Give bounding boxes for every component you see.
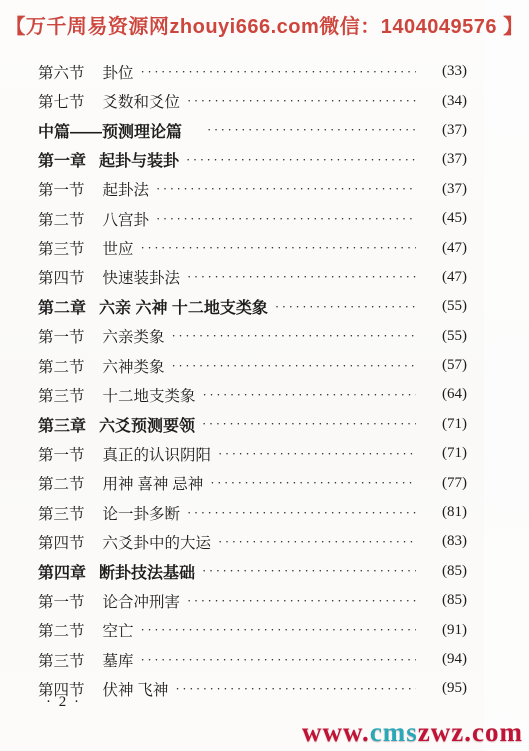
toc-entry: 第二节 空亡 ·································… (38, 615, 467, 644)
toc-entry: 第四节 六爻卦中的大运 ····························… (38, 527, 467, 556)
toc-entry: 第四章 断卦技法基础 ·····························… (38, 557, 467, 586)
toc-entry-page: (95) (421, 680, 467, 697)
toc-entry: 第三节 墓库 ·································… (38, 645, 467, 674)
dot-leader: ········································… (156, 181, 416, 197)
toc-entry-title: 空亡 (103, 619, 134, 641)
dot-leader: ········································… (275, 299, 416, 315)
page-number: · 2 · (46, 694, 81, 711)
toc-entry: 第七节 爻数和爻位 ······························… (38, 86, 467, 115)
toc-entry-page: (64) (421, 386, 467, 403)
dot-leader: ········································… (218, 446, 416, 462)
toc-entry-number: 第二节 (38, 355, 85, 377)
scanned-page: 【万千周易资源网zhouyi666.com微信：1404049576 】 第六节… (0, 0, 529, 751)
toc-entry-number: 第一节 (38, 590, 85, 612)
toc-entry-number: 第四节 (38, 531, 85, 553)
toc-entry-title: 六亲类象 (103, 325, 165, 347)
toc-entry-title: 断卦技法基础 (99, 560, 195, 583)
toc-entry-title: 用神 喜神 忌神 (103, 472, 204, 494)
toc-entry-page: (81) (421, 504, 467, 521)
toc-entry: 第二节 六神类象 ·······························… (38, 351, 467, 380)
toc-entry-page: (37) (421, 181, 467, 198)
toc-entry: 第三节 世应 ·································… (38, 233, 467, 262)
toc-entry: 第六节 卦位 ·································… (38, 57, 467, 86)
dot-leader: ········································… (141, 652, 416, 668)
toc-entry-number: 第六节 (38, 61, 85, 83)
toc-entry-page: (94) (421, 651, 467, 668)
dot-leader: ········································… (203, 387, 416, 403)
toc-entry-page: (37) (421, 151, 467, 168)
dot-leader: ········································… (210, 475, 416, 491)
toc-entry: 第三节 十二地支类象 ·····························… (38, 380, 467, 409)
toc-entry-page: (71) (421, 445, 467, 462)
dot-leader: ········································… (172, 328, 416, 344)
toc-entry-title: 六神类象 (103, 355, 165, 377)
toc-entry-number: 第三节 (38, 384, 85, 406)
toc-entry-page: (55) (421, 298, 467, 315)
toc-entry-number: 第三节 (38, 502, 85, 524)
dot-leader: ········································… (187, 93, 416, 109)
toc-entry-page: (91) (421, 622, 467, 639)
toc-entry-title: 爻数和爻位 (103, 90, 181, 112)
dot-leader: ········································… (141, 240, 416, 256)
toc-entry-number: 第一节 (38, 325, 85, 347)
toc-entry-page: (85) (421, 563, 467, 580)
toc-entry-title: 六亲 六神 十二地支类象 (99, 295, 268, 318)
toc-entry-title: 真正的认识阴阳 (103, 443, 212, 465)
toc-entry-title: 六爻预测要领 (99, 413, 195, 436)
dot-leader: ········································… (156, 211, 416, 227)
toc-entry-title: 世应 (103, 237, 134, 259)
dot-leader: ········································… (141, 622, 416, 638)
dot-leader: ········································… (172, 358, 416, 374)
toc-entry-title: 论合冲刑害 (103, 590, 181, 612)
toc-entry-number: 第一节 (38, 178, 85, 200)
dot-leader: ········································… (186, 152, 416, 168)
toc-entry-title: 十二地支类象 (103, 384, 196, 406)
toc-list: 第六节 卦位 ·································… (38, 57, 467, 704)
toc-entry: 第三章 六爻预测要领 ·····························… (38, 410, 467, 439)
toc-entry-number: 第二章 (38, 295, 86, 318)
toc-entry-number: 第三节 (38, 649, 85, 671)
dot-leader: ········································… (187, 593, 416, 609)
toc-entry: 第四节 快速装卦法 ······························… (38, 263, 467, 292)
toc-entry-title: 论一卦多断 (103, 502, 181, 524)
toc-entry-page: (37) (421, 122, 467, 139)
toc-entry-title: 起卦法 (103, 178, 150, 200)
dot-leader: ········································… (141, 64, 416, 80)
toc-entry-title: 快速装卦法 (103, 266, 181, 288)
top-watermark-banner: 【万千周易资源网zhouyi666.com微信：1404049576 】 (0, 10, 529, 39)
toc-entry-number: 第二节 (38, 472, 85, 494)
toc-entry-page: (85) (421, 592, 467, 609)
toc-entry: 第一节 起卦法 ································… (38, 175, 467, 204)
toc-entry-page: (55) (421, 328, 467, 345)
toc-entry-number: 第二节 (38, 619, 85, 641)
scan-edge-strip (484, 0, 529, 751)
toc-entry: 第一章 起卦与装卦 ······························… (38, 145, 467, 174)
toc-entry-title: 卦位 (103, 61, 134, 83)
dot-leader: ········································… (207, 122, 416, 138)
toc-entry-number: 第四节 (38, 266, 85, 288)
watermark-mid: cms (370, 717, 418, 747)
toc-entry-number: 第一节 (38, 443, 85, 465)
toc-entry-number: 中篇——预测理论篇 (38, 119, 182, 142)
toc-entry-page: (47) (421, 240, 467, 257)
dot-leader: ········································… (187, 505, 416, 521)
toc-entry-number: 第七节 (38, 90, 85, 112)
toc-entry: 第二节 八宫卦 ································… (38, 204, 467, 233)
toc-entry-title: 墓库 (103, 649, 134, 671)
watermark-prefix: www. (302, 717, 370, 747)
toc-entry-page: (45) (421, 210, 467, 227)
dot-leader: ········································… (175, 681, 416, 697)
toc-entry-page: (57) (421, 357, 467, 374)
toc-entry: 第二章 六亲 六神 十二地支类象 ·······················… (38, 292, 467, 321)
toc-entry: 第二节 用神 喜神 忌神 ···························… (38, 468, 467, 497)
dot-leader: ········································… (218, 534, 416, 550)
toc-entry-number: 第三节 (38, 237, 85, 259)
watermark-suffix: zwz.com (418, 717, 523, 747)
toc-entry-page: (33) (421, 63, 467, 80)
toc-entry: 第三节 论一卦多断 ······························… (38, 498, 467, 527)
toc-entry-page: (47) (421, 269, 467, 286)
toc-entry-page: (77) (421, 475, 467, 492)
dot-leader: ········································… (202, 416, 416, 432)
toc-entry-number: 第四章 (38, 560, 86, 583)
toc-entry-number: 第一章 (38, 148, 86, 171)
toc-entry-number: 第三章 (38, 413, 86, 436)
site-watermark: www.cmszwz.com (302, 717, 523, 748)
toc-entry: 第四节 伏神 飞神 ······························… (38, 674, 467, 703)
toc-entry-title: 起卦与装卦 (99, 148, 179, 171)
toc-entry: 第一节 论合冲刑害 ······························… (38, 586, 467, 615)
toc-entry: 中篇——预测理论篇 ······························… (38, 116, 467, 145)
toc-entry-title: 六爻卦中的大运 (103, 531, 212, 553)
toc-entry-number: 第二节 (38, 208, 85, 230)
dot-leader: ········································… (202, 563, 416, 579)
toc-entry-page: (71) (421, 416, 467, 433)
toc-entry-title: 伏神 飞神 (103, 678, 169, 700)
toc-entry-page: (34) (421, 93, 467, 110)
toc-entry-page: (83) (421, 533, 467, 550)
toc-entry-title: 八宫卦 (103, 208, 150, 230)
toc-entry: 第一节 六亲类象 ·······························… (38, 322, 467, 351)
toc-entry: 第一节 真正的认识阴阳 ····························… (38, 439, 467, 468)
dot-leader: ········································… (187, 269, 416, 285)
